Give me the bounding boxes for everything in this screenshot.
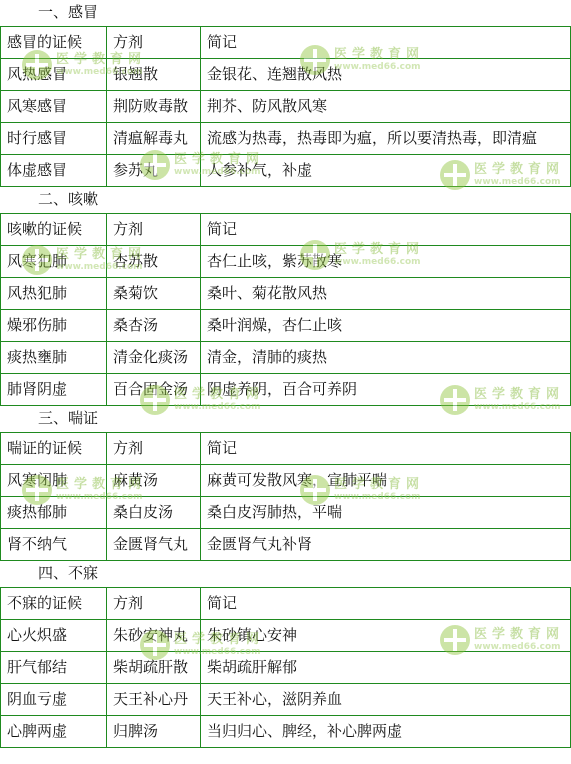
formula-cell: 金匮肾气丸 (107, 529, 201, 561)
section-heading-1: 一、感冒 (0, 0, 571, 26)
mnemonic-cell: 桑白皮泻肺热，平喘 (201, 497, 571, 529)
mnemonic-cell: 流感为热毒，热毒即为瘟，所以要清热毒，即清瘟 (201, 123, 571, 155)
section: 二、咳嗽 咳嗽的证候方剂简记风寒犯肺杏苏散杏仁止咳，紫苏散寒风热犯肺桑菊饮桑叶、… (0, 187, 571, 406)
syndrome-cell: 体虚感冒 (1, 155, 107, 187)
table-row: 肺肾阴虚百合固金汤阴虚养阴，百合可养阴 (1, 374, 571, 406)
table-row: 体虚感冒参苏丸人参补气，补虚 (1, 155, 571, 187)
formula-table: 不寐的证候方剂简记心火炽盛朱砂安神丸朱砂镇心安神肝气郁结柴胡疏肝散柴胡疏肝解郁阴… (0, 587, 571, 748)
table-row: 燥邪伤肺桑杏汤桑叶润燥，杏仁止咳 (1, 310, 571, 342)
document: 一、感冒 感冒的证候方剂简记风热感冒银翘散金银花、连翘散风热风寒感冒荆防败毒散荆… (0, 0, 571, 748)
table-header-row: 不寐的证候方剂简记 (1, 588, 571, 620)
syndrome-cell: 风热感冒 (1, 59, 107, 91)
mnemonic-cell: 天王补心，滋阴养血 (201, 684, 571, 716)
mnemonic-cell: 简记 (201, 433, 571, 465)
table-header-row: 感冒的证候方剂简记 (1, 27, 571, 59)
section: 四、不寐 不寐的证候方剂简记心火炽盛朱砂安神丸朱砂镇心安神肝气郁结柴胡疏肝散柴胡… (0, 561, 571, 748)
mnemonic-cell: 金银花、连翘散风热 (201, 59, 571, 91)
mnemonic-cell: 清金，清肺的痰热 (201, 342, 571, 374)
table-header-row: 咳嗽的证候方剂简记 (1, 214, 571, 246)
mnemonic-cell: 简记 (201, 588, 571, 620)
table-row: 风寒犯肺杏苏散杏仁止咳，紫苏散寒 (1, 246, 571, 278)
table-header-row: 喘证的证候方剂简记 (1, 433, 571, 465)
mnemonic-cell: 朱砂镇心安神 (201, 620, 571, 652)
formula-cell: 桑杏汤 (107, 310, 201, 342)
formula-table: 感冒的证候方剂简记风热感冒银翘散金银花、连翘散风热风寒感冒荆防败毒散荆芥、防风散… (0, 26, 571, 187)
syndrome-cell: 风寒感冒 (1, 91, 107, 123)
syndrome-cell: 肝气郁结 (1, 652, 107, 684)
table-row: 时行感冒清瘟解毒丸流感为热毒，热毒即为瘟，所以要清热毒，即清瘟 (1, 123, 571, 155)
formula-cell: 方剂 (107, 433, 201, 465)
formula-cell: 百合固金汤 (107, 374, 201, 406)
formula-cell: 朱砂安神丸 (107, 620, 201, 652)
mnemonic-cell: 当归归心、脾经，补心脾两虚 (201, 716, 571, 748)
syndrome-cell: 风寒闭肺 (1, 465, 107, 497)
syndrome-cell: 风热犯肺 (1, 278, 107, 310)
syndrome-cell: 燥邪伤肺 (1, 310, 107, 342)
table-row: 肝气郁结柴胡疏肝散柴胡疏肝解郁 (1, 652, 571, 684)
table-row: 肾不纳气金匮肾气丸金匮肾气丸补肾 (1, 529, 571, 561)
table-row: 痰热郁肺桑白皮汤桑白皮泻肺热，平喘 (1, 497, 571, 529)
formula-cell: 方剂 (107, 588, 201, 620)
table-row: 痰热壅肺清金化痰汤清金，清肺的痰热 (1, 342, 571, 374)
mnemonic-cell: 桑叶、菊花散风热 (201, 278, 571, 310)
table-row: 风寒感冒荆防败毒散荆芥、防风散风寒 (1, 91, 571, 123)
section: 一、感冒 感冒的证候方剂简记风热感冒银翘散金银花、连翘散风热风寒感冒荆防败毒散荆… (0, 0, 571, 187)
formula-cell: 荆防败毒散 (107, 91, 201, 123)
table-row: 心火炽盛朱砂安神丸朱砂镇心安神 (1, 620, 571, 652)
mnemonic-cell: 简记 (201, 214, 571, 246)
section: 三、喘证 喘证的证候方剂简记风寒闭肺麻黄汤麻黄可发散风寒，宣肺平喘痰热郁肺桑白皮… (0, 406, 571, 561)
formula-cell: 参苏丸 (107, 155, 201, 187)
mnemonic-cell: 人参补气，补虚 (201, 155, 571, 187)
table-row: 阴血亏虚天王补心丹天王补心，滋阴养血 (1, 684, 571, 716)
formula-table: 喘证的证候方剂简记风寒闭肺麻黄汤麻黄可发散风寒，宣肺平喘痰热郁肺桑白皮汤桑白皮泻… (0, 432, 571, 561)
formula-cell: 麻黄汤 (107, 465, 201, 497)
mnemonic-cell: 简记 (201, 27, 571, 59)
formula-cell: 柴胡疏肝散 (107, 652, 201, 684)
formula-table: 咳嗽的证候方剂简记风寒犯肺杏苏散杏仁止咳，紫苏散寒风热犯肺桑菊饮桑叶、菊花散风热… (0, 213, 571, 406)
syndrome-cell: 风寒犯肺 (1, 246, 107, 278)
syndrome-cell: 肺肾阴虚 (1, 374, 107, 406)
formula-cell: 归脾汤 (107, 716, 201, 748)
formula-cell: 清瘟解毒丸 (107, 123, 201, 155)
formula-cell: 清金化痰汤 (107, 342, 201, 374)
mnemonic-cell: 杏仁止咳，紫苏散寒 (201, 246, 571, 278)
formula-cell: 方剂 (107, 214, 201, 246)
syndrome-cell: 心火炽盛 (1, 620, 107, 652)
syndrome-cell: 不寐的证候 (1, 588, 107, 620)
formula-cell: 银翘散 (107, 59, 201, 91)
syndrome-cell: 喘证的证候 (1, 433, 107, 465)
syndrome-cell: 时行感冒 (1, 123, 107, 155)
syndrome-cell: 感冒的证候 (1, 27, 107, 59)
mnemonic-cell: 麻黄可发散风寒，宣肺平喘 (201, 465, 571, 497)
mnemonic-cell: 荆芥、防风散风寒 (201, 91, 571, 123)
syndrome-cell: 痰热壅肺 (1, 342, 107, 374)
syndrome-cell: 肾不纳气 (1, 529, 107, 561)
mnemonic-cell: 金匮肾气丸补肾 (201, 529, 571, 561)
syndrome-cell: 咳嗽的证候 (1, 214, 107, 246)
section-heading-2: 二、咳嗽 (0, 187, 571, 213)
table-row: 风寒闭肺麻黄汤麻黄可发散风寒，宣肺平喘 (1, 465, 571, 497)
syndrome-cell: 阴血亏虚 (1, 684, 107, 716)
formula-cell: 桑菊饮 (107, 278, 201, 310)
mnemonic-cell: 桑叶润燥，杏仁止咳 (201, 310, 571, 342)
section-heading-4: 四、不寐 (0, 561, 571, 587)
formula-cell: 天王补心丹 (107, 684, 201, 716)
formula-cell: 杏苏散 (107, 246, 201, 278)
formula-cell: 方剂 (107, 27, 201, 59)
section-heading-3: 三、喘证 (0, 406, 571, 432)
table-row: 风热感冒银翘散金银花、连翘散风热 (1, 59, 571, 91)
mnemonic-cell: 柴胡疏肝解郁 (201, 652, 571, 684)
mnemonic-cell: 阴虚养阴，百合可养阴 (201, 374, 571, 406)
syndrome-cell: 心脾两虚 (1, 716, 107, 748)
syndrome-cell: 痰热郁肺 (1, 497, 107, 529)
formula-cell: 桑白皮汤 (107, 497, 201, 529)
table-row: 心脾两虚归脾汤当归归心、脾经，补心脾两虚 (1, 716, 571, 748)
table-row: 风热犯肺桑菊饮桑叶、菊花散风热 (1, 278, 571, 310)
